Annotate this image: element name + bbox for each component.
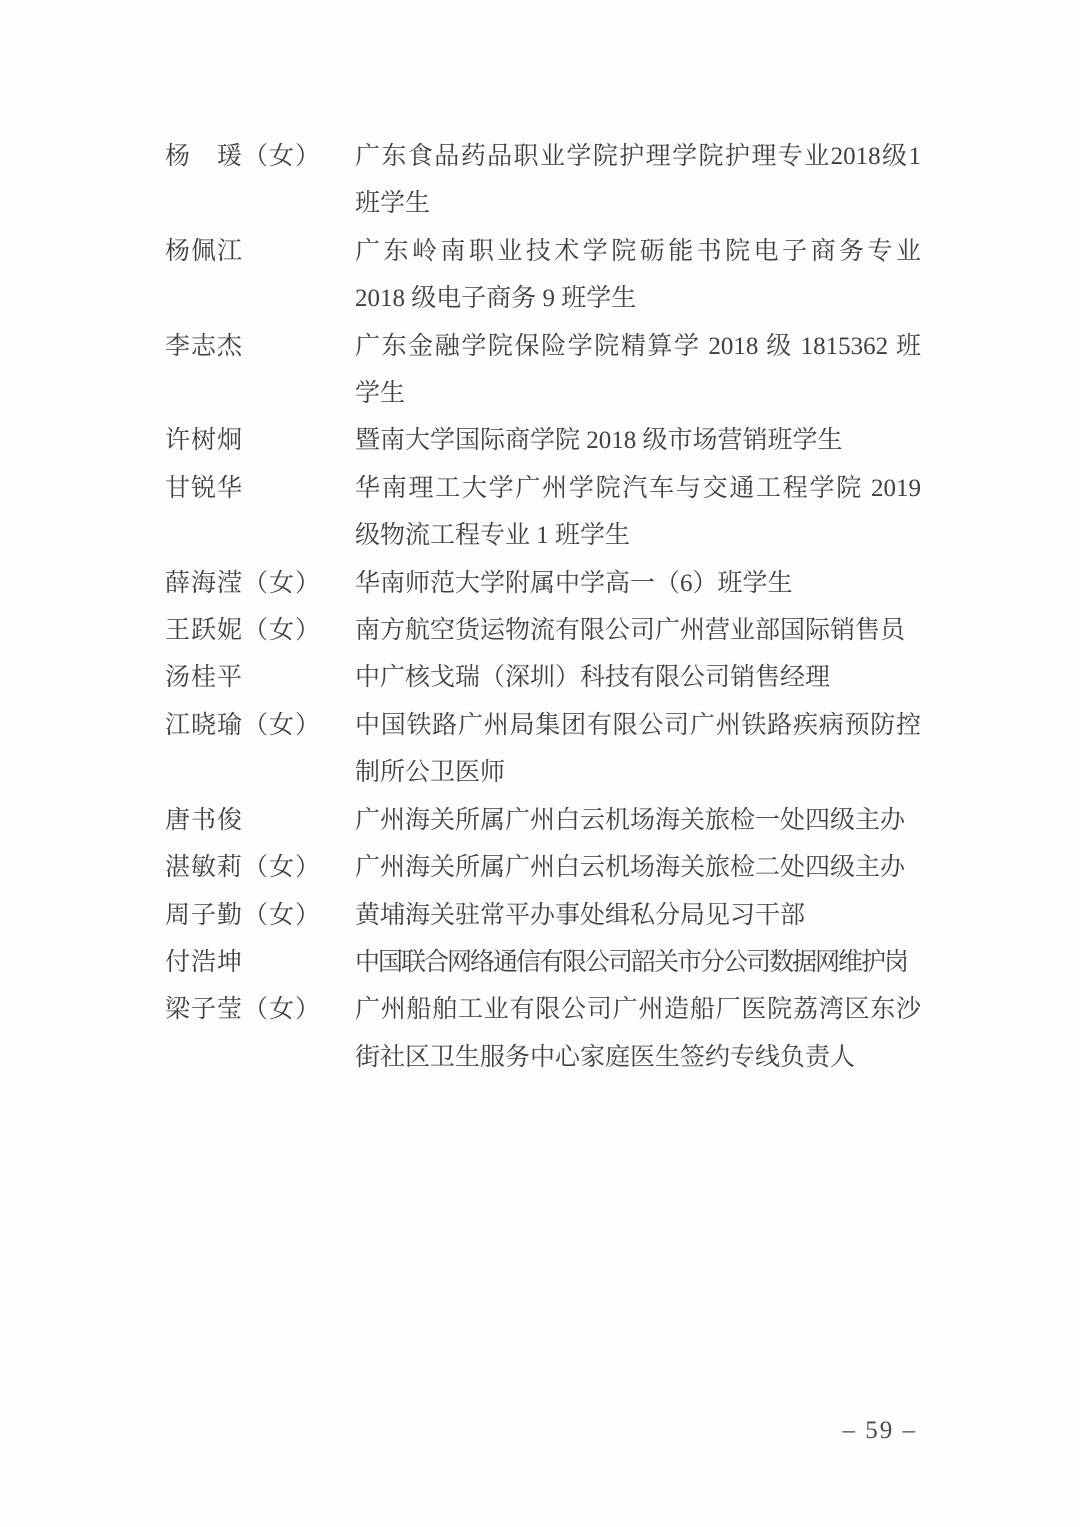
affiliation-line: 学生 xyxy=(355,370,921,417)
affiliation-line: 中国铁路广州局集团有限公司广州铁路疾病预防控 xyxy=(355,702,921,749)
person-name: 付浩坤 xyxy=(165,939,355,986)
affiliation-line: 广州船舶工业有限公司广州造船厂医院荔湾区东沙 xyxy=(355,986,921,1033)
roster-entry: 唐书俊 广州海关所属广州白云机场海关旅检一处四级主办 xyxy=(165,797,921,844)
document-page: 杨 瑗（女） 广东食品药品职业学院护理学院护理专业2018级1班学生 杨佩江 广… xyxy=(0,0,1080,1527)
roster-entry: 杨佩江 广东岭南职业技术学院砺能书院电子商务专业2018 级电子商务 9 班学生 xyxy=(165,228,921,323)
person-affiliation: 广东食品药品职业学院护理学院护理专业2018级1班学生 xyxy=(355,133,921,228)
person-affiliation: 华南师范大学附属中学高一（6）班学生 xyxy=(355,560,921,607)
person-name: 梁子莹（女） xyxy=(165,986,355,1033)
affiliation-line: 级物流工程专业 1 班学生 xyxy=(355,512,921,559)
roster-entry: 湛敏莉（女） 广州海关所属广州白云机场海关旅检二处四级主办 xyxy=(165,844,921,891)
affiliation-line: 中广核戈瑞（深圳）科技有限公司销售经理 xyxy=(355,654,921,701)
person-affiliation: 广州海关所属广州白云机场海关旅检一处四级主办 xyxy=(355,797,921,844)
affiliation-line: 华南理工大学广州学院汽车与交通工程学院 2019 xyxy=(355,465,921,512)
person-name: 杨佩江 xyxy=(165,228,355,275)
person-name: 唐书俊 xyxy=(165,797,355,844)
affiliation-line: 广东金融学院保险学院精算学 2018 级 1815362 班 xyxy=(355,323,921,370)
person-affiliation: 广州海关所属广州白云机场海关旅检二处四级主办 xyxy=(355,844,921,891)
affiliation-line: 暨南大学国际商学院 2018 级市场营销班学生 xyxy=(355,417,921,464)
affiliation-line: 华南师范大学附属中学高一（6）班学生 xyxy=(355,560,921,607)
roster-entry: 汤桂平 中广核戈瑞（深圳）科技有限公司销售经理 xyxy=(165,654,921,701)
person-affiliation: 中国联合网络通信有限公司韶关市分公司数据网维护岗 xyxy=(355,939,921,986)
roster-entry: 王跃妮（女） 南方航空货运物流有限公司广州营业部国际销售员 xyxy=(165,607,921,654)
affiliation-line: 黄埔海关驻常平办事处缉私分局见习干部 xyxy=(355,892,921,939)
affiliation-line: 广东食品药品职业学院护理学院护理专业2018级1 xyxy=(355,133,921,180)
person-affiliation: 中广核戈瑞（深圳）科技有限公司销售经理 xyxy=(355,654,921,701)
roster-entry: 许树炯 暨南大学国际商学院 2018 级市场营销班学生 xyxy=(165,417,921,464)
roster-entry: 梁子莹（女） 广州船舶工业有限公司广州造船厂医院荔湾区东沙街社区卫生服务中心家庭… xyxy=(165,986,921,1081)
person-affiliation: 黄埔海关驻常平办事处缉私分局见习干部 xyxy=(355,892,921,939)
affiliation-line: 南方航空货运物流有限公司广州营业部国际销售员 xyxy=(355,607,921,654)
roster-entry: 杨 瑗（女） 广东食品药品职业学院护理学院护理专业2018级1班学生 xyxy=(165,133,921,228)
roster-entry: 甘锐华 华南理工大学广州学院汽车与交通工程学院 2019级物流工程专业 1 班学… xyxy=(165,465,921,560)
affiliation-line: 广州海关所属广州白云机场海关旅检一处四级主办 xyxy=(355,797,921,844)
affiliation-line: 中国联合网络通信有限公司韶关市分公司数据网维护岗 xyxy=(355,939,921,986)
person-affiliation: 广州船舶工业有限公司广州造船厂医院荔湾区东沙街社区卫生服务中心家庭医生签约专线负… xyxy=(355,986,921,1081)
person-affiliation: 华南理工大学广州学院汽车与交通工程学院 2019级物流工程专业 1 班学生 xyxy=(355,465,921,560)
person-affiliation: 广东岭南职业技术学院砺能书院电子商务专业2018 级电子商务 9 班学生 xyxy=(355,228,921,323)
page-number: – 59 – xyxy=(843,1414,918,1448)
roster-list: 杨 瑗（女） 广东食品药品职业学院护理学院护理专业2018级1班学生 杨佩江 广… xyxy=(165,133,921,1081)
person-name: 杨 瑗（女） xyxy=(165,133,355,180)
person-name: 甘锐华 xyxy=(165,465,355,512)
roster-entry: 周子勤（女） 黄埔海关驻常平办事处缉私分局见习干部 xyxy=(165,892,921,939)
person-name: 李志杰 xyxy=(165,323,355,370)
person-affiliation: 广东金融学院保险学院精算学 2018 级 1815362 班学生 xyxy=(355,323,921,418)
person-name: 湛敏莉（女） xyxy=(165,844,355,891)
person-affiliation: 中国铁路广州局集团有限公司广州铁路疾病预防控制所公卫医师 xyxy=(355,702,921,797)
roster-entry: 江晓瑜（女） 中国铁路广州局集团有限公司广州铁路疾病预防控制所公卫医师 xyxy=(165,702,921,797)
affiliation-line: 班学生 xyxy=(355,180,921,227)
person-affiliation: 暨南大学国际商学院 2018 级市场营销班学生 xyxy=(355,417,921,464)
person-name: 江晓瑜（女） xyxy=(165,702,355,749)
affiliation-line: 2018 级电子商务 9 班学生 xyxy=(355,275,921,322)
affiliation-line: 广州海关所属广州白云机场海关旅检二处四级主办 xyxy=(355,844,921,891)
person-name: 薛海滢（女） xyxy=(165,560,355,607)
person-name: 王跃妮（女） xyxy=(165,607,355,654)
person-name: 汤桂平 xyxy=(165,654,355,701)
roster-entry: 薛海滢（女） 华南师范大学附属中学高一（6）班学生 xyxy=(165,560,921,607)
roster-entry: 李志杰 广东金融学院保险学院精算学 2018 级 1815362 班学生 xyxy=(165,323,921,418)
affiliation-line: 制所公卫医师 xyxy=(355,749,921,796)
person-name: 许树炯 xyxy=(165,417,355,464)
affiliation-line: 街社区卫生服务中心家庭医生签约专线负责人 xyxy=(355,1034,921,1081)
roster-entry: 付浩坤 中国联合网络通信有限公司韶关市分公司数据网维护岗 xyxy=(165,939,921,986)
person-name: 周子勤（女） xyxy=(165,892,355,939)
affiliation-line: 广东岭南职业技术学院砺能书院电子商务专业 xyxy=(355,228,921,275)
person-affiliation: 南方航空货运物流有限公司广州营业部国际销售员 xyxy=(355,607,921,654)
